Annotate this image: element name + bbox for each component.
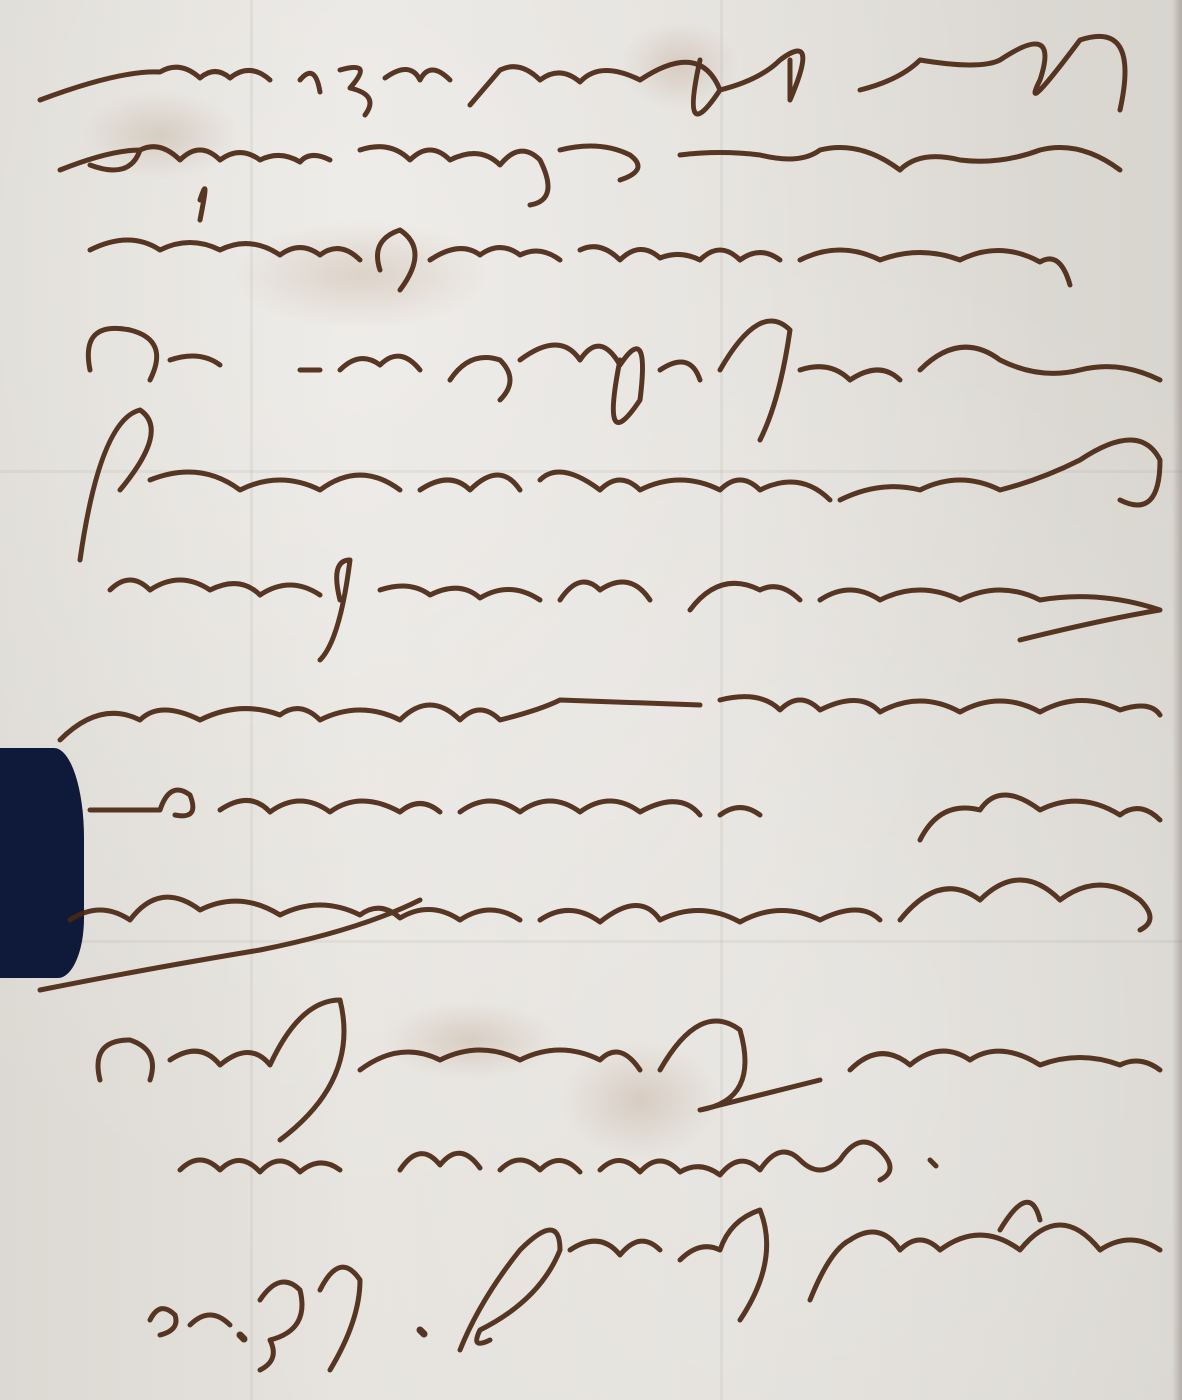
manuscript-line-1 [40,36,1125,115]
manuscript-line-2 [60,146,1120,220]
manuscript-line-6 [110,560,1160,660]
date-initials [150,1267,424,1370]
manuscript-line-10 [98,1000,1160,1140]
manuscript-line-4 [88,321,1160,440]
manuscript-line-9 [40,880,1150,990]
signature-line [460,1202,1160,1350]
manuscript-line-11 [180,1142,936,1180]
manuscript-page [0,0,1182,1400]
handwriting [0,0,1182,1400]
manuscript-line-7 [60,697,1160,740]
manuscript-line-3 [90,230,1070,290]
manuscript-line-8 [90,790,1160,840]
manuscript-line-5 [80,410,1160,560]
